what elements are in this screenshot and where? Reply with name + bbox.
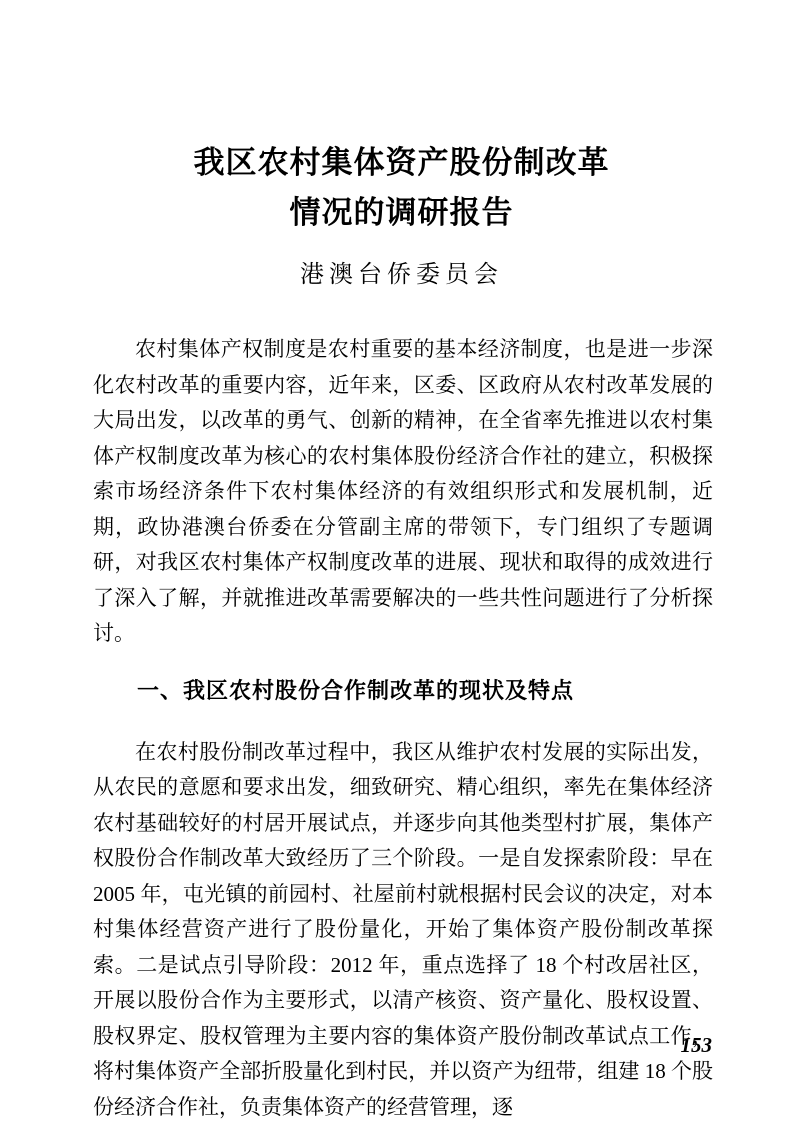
document-page: 我区农村集体资产股份制改革 情况的调研报告 港澳台侨委员会 农村集体产权制度是农… [0,0,803,1133]
title-line-2: 情况的调研报告 [0,188,803,238]
section-1-heading: 一、我区农村股份合作制改革的现状及特点 [93,674,713,705]
author-line: 港澳台侨委员会 [0,254,803,289]
page-number: 153 [681,1033,713,1058]
document-body: 农村集体产权制度是农村重要的基本经济制度，也是进一步深化农村改革的重要内容，近年… [93,332,713,1125]
paragraph-1: 农村集体产权制度是农村重要的基本经济制度，也是进一步深化农村改革的重要内容，近年… [93,332,713,652]
document-title: 我区农村集体资产股份制改革 情况的调研报告 [0,0,803,238]
title-line-1: 我区农村集体资产股份制改革 [0,138,803,188]
paragraph-2: 在农村股份制改革过程中，我区从维护农村发展的实际出发，从农民的意愿和要求出发，细… [93,735,713,1126]
